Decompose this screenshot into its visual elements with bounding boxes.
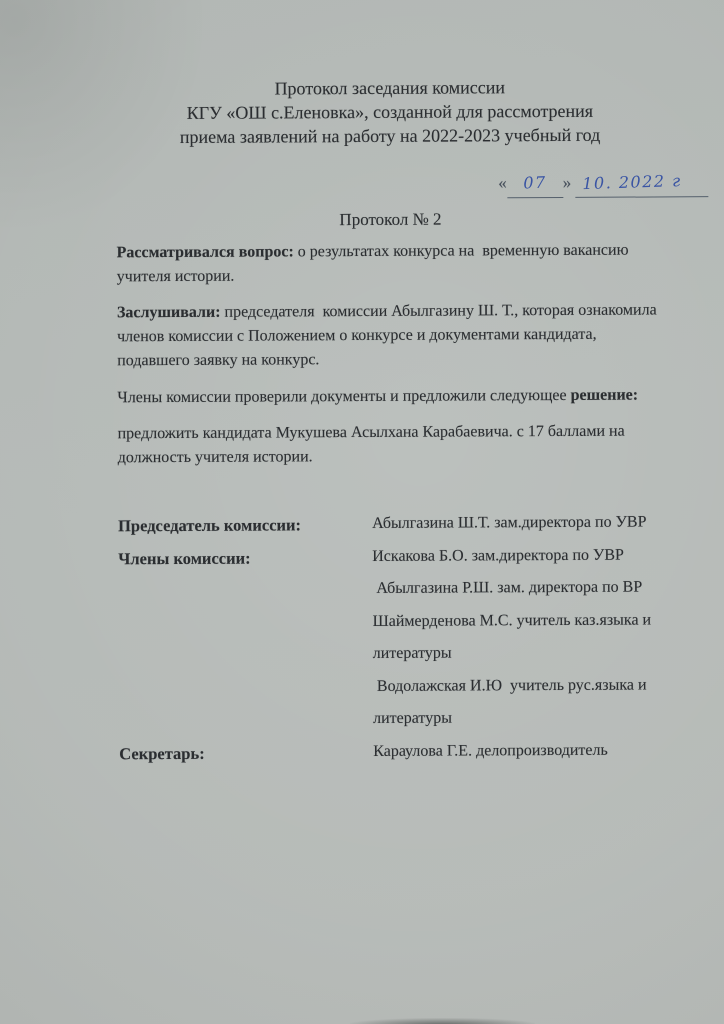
paragraph-line: предложить кандидата Мукушева Асылхана К… [118, 419, 693, 446]
handwritten-month-year: 10. 2022 г [582, 171, 682, 193]
signature-role: Секретарь: [119, 742, 373, 776]
open-quote-mark: « [498, 173, 507, 192]
paragraph-line: Рассматривался вопрос: о результатах кон… [117, 238, 692, 265]
date-field: «07»10. 2022 г [0, 172, 722, 206]
paragraph-decision: предложить кандидата Мукушева Асылхана К… [118, 419, 693, 470]
paragraph-heard: Заслушивали: председателя комиссии Абылг… [117, 298, 692, 373]
paragraph-decision-intro: Члены комиссии проверили документы и пре… [117, 383, 692, 410]
signature-block: Председатель комиссии: Абылгазина Ш.Т. з… [118, 513, 724, 776]
signature-role [118, 580, 372, 614]
paragraph-line: должность учителя истории. [118, 443, 693, 470]
document-body: Рассматривался вопрос: о результатах кон… [117, 238, 693, 470]
signature-name: Водолажская И.Ю учитель рус.языка и [373, 676, 724, 710]
signature-role [119, 645, 373, 679]
signature-name: Шаймерденова М.С. учитель каз.языка и [373, 611, 724, 645]
paragraph-line: членов комиссии с Положением о конкурсе … [117, 322, 692, 349]
decision-intro-text: Члены комиссии проверили документы и пре… [117, 387, 570, 406]
signature-name: Караулова Г.Е. делопроизводитель [373, 741, 724, 775]
paragraph-line: подавшего заявку на конкурс. [117, 346, 692, 373]
signature-name: литературы [373, 643, 724, 677]
considered-label: Рассматривался вопрос: [117, 243, 294, 261]
paper-sheet: Протокол заседания комиссии КГУ «ОШ с.Ел… [0, 0, 724, 1024]
close-quote-mark: » [563, 173, 572, 192]
title-line-1: Протокол заседания комиссии [116, 74, 664, 101]
heard-text: председателя комиссии Абылгазину Ш. Т., … [220, 301, 656, 320]
signature-name: литературы [373, 708, 724, 742]
paragraph-line: Члены комиссии проверили документы и пре… [117, 383, 692, 410]
title-line-2: КГУ «ОШ с.Еленовка», созданной для рассм… [116, 98, 664, 125]
handwritten-day: 07 [523, 173, 547, 193]
signature-name: Абылгазина Р.Ш. зам. директора по ВР [372, 578, 724, 612]
paragraph-considered-question: Рассматривался вопрос: о результатах кон… [117, 238, 692, 289]
paper-bottom-edge-shadow [350, 1018, 535, 1024]
decision-label: решение: [571, 387, 639, 404]
signature-role [119, 710, 373, 744]
title-line-3: приема заявлений на работу на 2022-2023 … [116, 122, 664, 149]
protocol-number: Протокол № 2 [116, 206, 664, 233]
photographed-document-page: Протокол заседания комиссии КГУ «ОШ с.Ел… [0, 0, 724, 1024]
considered-text: о результатах конкурса на временную вака… [294, 242, 629, 261]
date-day-blank: 07 [507, 173, 563, 198]
signature-role: Члены комиссии: [118, 547, 372, 581]
document-title: Протокол заседания комиссии КГУ «ОШ с.Ел… [116, 74, 664, 149]
signature-role [119, 677, 373, 711]
paragraph-line: Заслушивали: председателя комиссии Абылг… [117, 298, 692, 325]
date-month-year-blank: 10. 2022 г [575, 172, 708, 198]
signature-role: Председатель комиссии: [118, 515, 372, 549]
signature-role [119, 612, 373, 646]
signature-name: Искакова Б.О. зам.директора по УВР [372, 546, 724, 580]
paragraph-line: учителя истории. [117, 262, 692, 289]
signature-name: Абылгазина Ш.Т. зам.директора по УВР [372, 513, 724, 547]
heard-label: Заслушивали: [117, 304, 221, 322]
